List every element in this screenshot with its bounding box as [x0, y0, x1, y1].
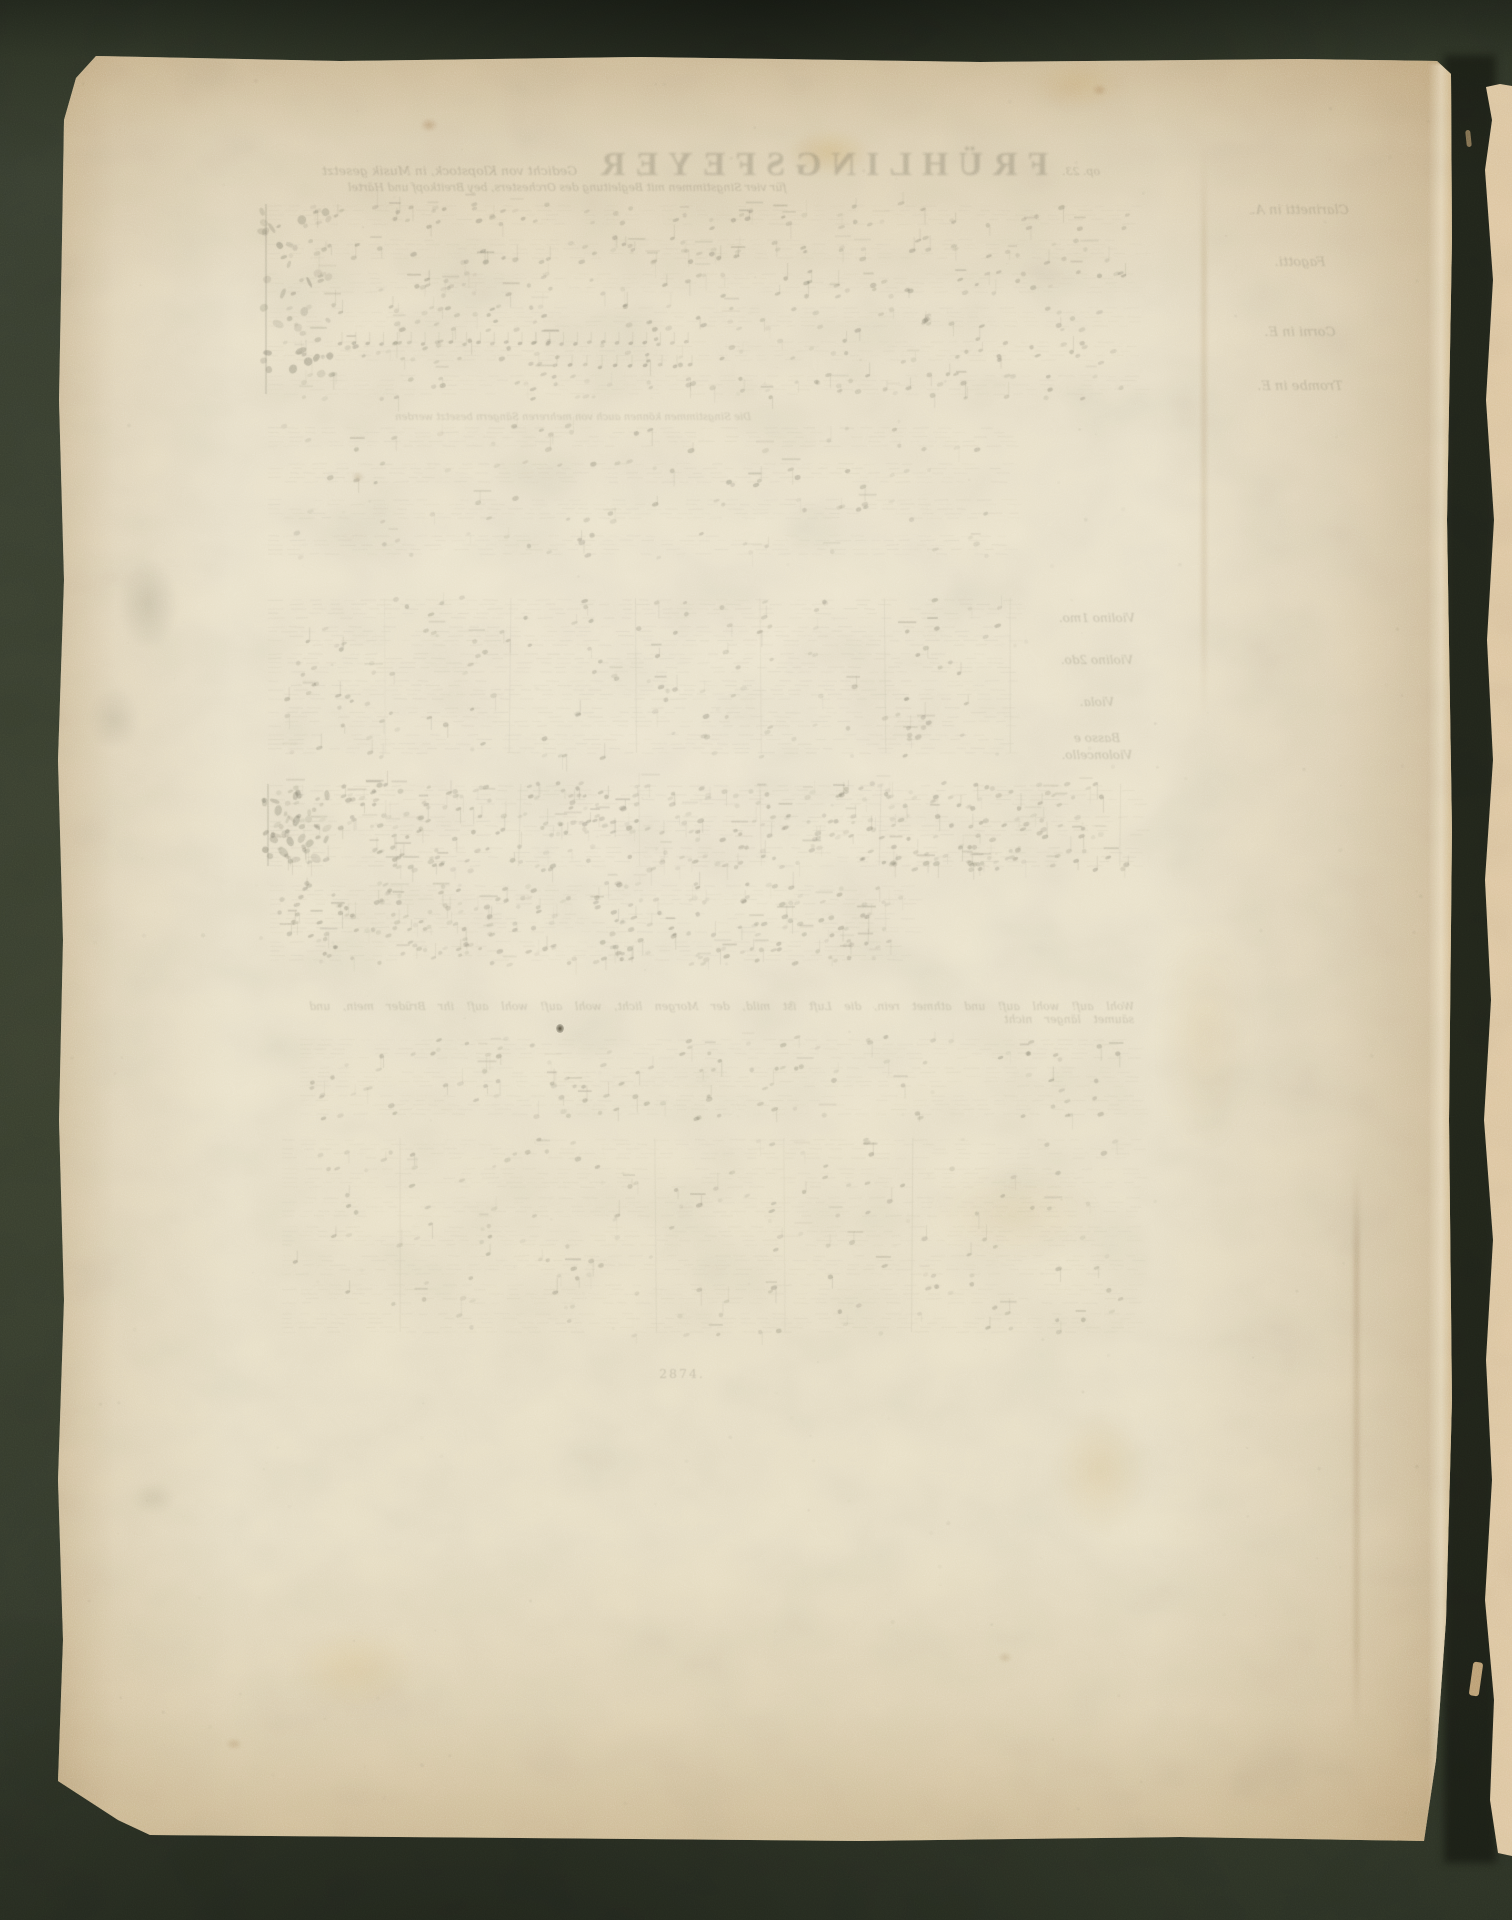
scan-root: Gedicht von Klopstock, in Musik gesetzt … [0, 0, 1512, 1920]
bleedthrough-music-canvas [0, 0, 1512, 1920]
